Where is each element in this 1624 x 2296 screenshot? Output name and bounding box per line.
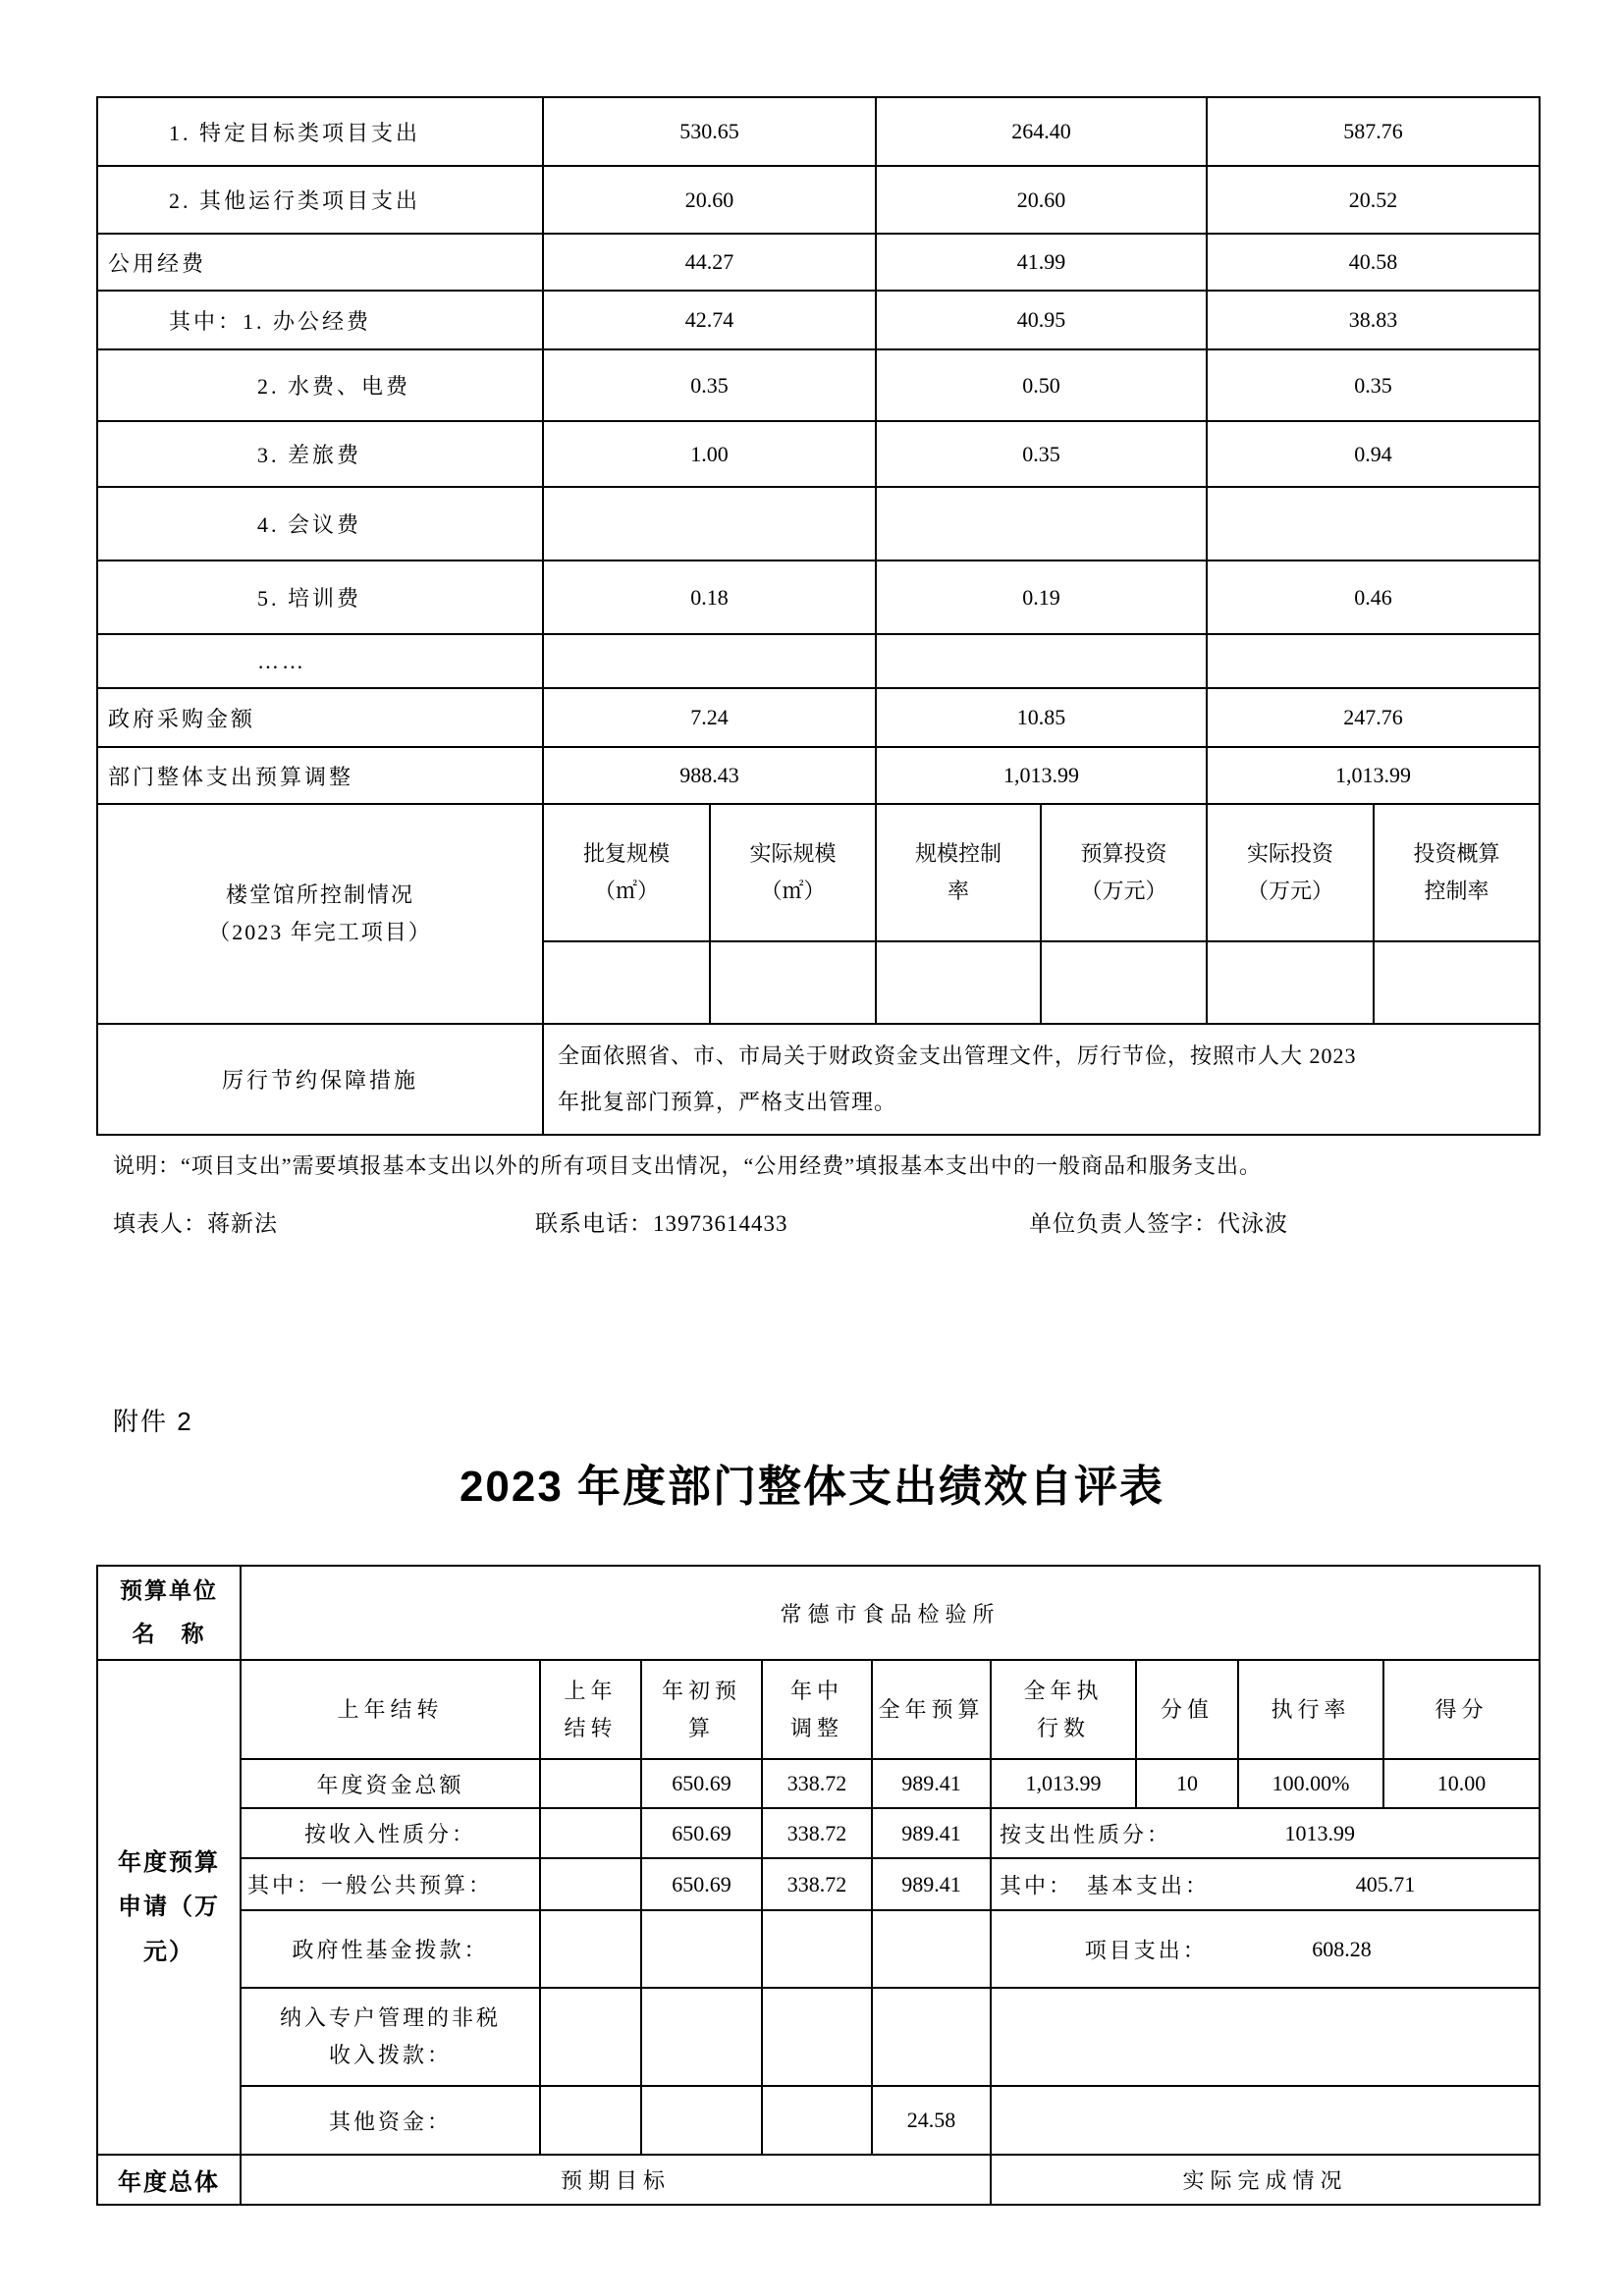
unit-name-value: 常德市食品检验所	[242, 1567, 1541, 1661]
building-value-cell	[1375, 942, 1541, 1025]
thrift-measures-label: 厉行节约保障措施	[98, 1025, 544, 1136]
building-header-budget-invest: 预算投资 （万元）	[1042, 805, 1208, 942]
t2-cell: 10.00	[1384, 1760, 1541, 1809]
t2-row-label: 政府性基金拨款：	[242, 1911, 541, 1989]
header-exec-rate: 执行率	[1239, 1661, 1384, 1760]
t2-cell	[541, 1809, 642, 1859]
t2-cell: 989.41	[873, 1809, 992, 1859]
header-mid-adjust: 年中 调整	[763, 1661, 873, 1760]
project-expenditure-value: 608.28	[1312, 1937, 1372, 1962]
t1-cell	[544, 488, 877, 561]
t2-row-label: 其中：一般公共预算：	[242, 1859, 541, 1911]
t1-cell: 41.99	[877, 235, 1208, 292]
t2-cell	[873, 1911, 992, 1989]
table-note: 说明：“项目支出”需要填报基本支出以外的所有项目支出情况，“公用经费”填报基本支…	[113, 1149, 1262, 1180]
t1-cell: 40.95	[877, 292, 1208, 350]
t2-cell	[763, 1911, 873, 1989]
attachment-label: 附件 2	[113, 1402, 193, 1438]
t2-cell: 100.00%	[1239, 1760, 1384, 1809]
t1-cell	[877, 488, 1208, 561]
t1-cell: 1,013.99	[877, 748, 1208, 805]
t1-cell: 587.76	[1208, 98, 1541, 167]
t2-cell	[541, 1911, 642, 1989]
header-annual-executed: 全年执 行数	[992, 1661, 1137, 1760]
thrift-measures-content: 全面依照省、市、市局关于财政资金支出管理文件，厉行节俭，按照市人大 2023 年…	[544, 1025, 1541, 1136]
annual-budget-group-label: 年度预算 申请（万 元）	[98, 1661, 242, 2156]
t2-cell	[541, 1760, 642, 1809]
t2-cell	[541, 2087, 642, 2156]
by-expense-nature-label: 按支出性质分：	[1000, 1818, 1171, 1848]
header-score: 得分	[1384, 1661, 1541, 1760]
t1-cell: 44.27	[544, 235, 877, 292]
building-value-cell	[544, 942, 711, 1025]
building-header-approved-area: 批复规模 （㎡）	[544, 805, 711, 942]
header-initial-budget: 年初预 算	[642, 1661, 763, 1760]
t2-cell: 989.41	[873, 1859, 992, 1911]
t1-row-label: 1. 特定目标类项目支出	[98, 98, 544, 167]
t2-merged-cell	[992, 1989, 1541, 2087]
t1-cell: 0.19	[877, 561, 1208, 635]
project-expenditure-label: 项目支出：	[1085, 1934, 1208, 1964]
t2-merged-cell: 其中： 基本支出： 405.71	[992, 1859, 1541, 1911]
t1-cell: 0.35	[544, 350, 877, 422]
t1-cell: 38.83	[1208, 292, 1541, 350]
t1-cell: 0.35	[1208, 350, 1541, 422]
t2-cell: 650.69	[642, 1809, 763, 1859]
building-header-actual-invest: 实际投资 （万元）	[1208, 805, 1375, 942]
contact-phone-label: 联系电话：13973614433	[535, 1205, 788, 1238]
t2-cell: 989.41	[873, 1760, 992, 1809]
t1-cell: 10.85	[877, 689, 1208, 748]
t1-cell: 1.00	[544, 422, 877, 488]
self-evaluation-table: 预算单位 名 称 常德市食品检验所 年度预算 申请（万 元） 上年结转 上年 结…	[96, 1565, 1541, 2206]
t1-row-label: 其中：1. 办公经费	[98, 292, 544, 350]
unit-name-label: 预算单位 名 称	[98, 1567, 242, 1661]
t2-cell: 24.58	[873, 2087, 992, 2156]
t1-cell: 0.35	[877, 422, 1208, 488]
signer-label: 单位负责人签字：代泳波	[1029, 1205, 1288, 1238]
t2-cell	[642, 2087, 763, 2156]
t2-cell	[763, 1989, 873, 2087]
building-value-cell	[1208, 942, 1375, 1025]
t1-cell: 42.74	[544, 292, 877, 350]
t1-cell	[1208, 488, 1541, 561]
building-header-actual-area: 实际规模 （㎡）	[711, 805, 877, 942]
t2-cell: 1,013.99	[992, 1760, 1137, 1809]
t1-cell: 0.94	[1208, 422, 1541, 488]
t1-row-label: 3. 差旅费	[98, 422, 544, 488]
t2-cell: 650.69	[642, 1859, 763, 1911]
t1-row-label: 2. 水费、电费	[98, 350, 544, 422]
t2-cell: 338.72	[763, 1760, 873, 1809]
t1-row-label: 2. 其他运行类项目支出	[98, 167, 544, 235]
t2-cell: 338.72	[763, 1859, 873, 1911]
t1-cell	[877, 635, 1208, 689]
t2-row-label: 纳入专户管理的非税 收入拨款：	[242, 1989, 541, 2087]
t1-cell: 530.65	[544, 98, 877, 167]
t2-cell	[763, 2087, 873, 2156]
building-header-scale-control: 规模控制 率	[877, 805, 1042, 942]
building-value-cell	[1042, 942, 1208, 1025]
t1-cell	[1208, 635, 1541, 689]
t1-cell: 7.24	[544, 689, 877, 748]
t1-cell: 20.60	[544, 167, 877, 235]
building-value-cell	[877, 942, 1042, 1025]
header-annual-budget: 全年预算	[873, 1661, 992, 1760]
t1-cell: 988.43	[544, 748, 877, 805]
t2-cell	[642, 1911, 763, 1989]
header-carryover: 上年 结转	[541, 1661, 642, 1760]
preparer-label: 填表人：蒋新法	[113, 1205, 278, 1238]
building-control-label: 楼堂馆所控制情况 （2023 年完工项目）	[98, 805, 544, 1025]
t2-merged-cell: 项目支出： 608.28	[992, 1911, 1541, 1989]
building-value-cell	[711, 942, 877, 1025]
header-carryover-wide: 上年结转	[242, 1661, 541, 1760]
page-title: 2023 年度部门整体支出绩效自评表	[0, 1451, 1624, 1514]
t2-row-label: 年度资金总额	[242, 1760, 541, 1809]
annual-overall-label: 年度总体	[98, 2156, 242, 2206]
t1-cell: 1,013.99	[1208, 748, 1541, 805]
actual-completion-label: 实际完成情况	[992, 2156, 1541, 2206]
by-expense-nature-value: 1013.99	[1284, 1821, 1355, 1846]
t2-cell: 10	[1137, 1760, 1239, 1809]
t2-row-label: 其他资金：	[242, 2087, 541, 2156]
t1-row-label: 政府采购金额	[98, 689, 544, 748]
expenditure-table: 1. 特定目标类项目支出 530.65 264.40 587.76 2. 其他运…	[96, 96, 1541, 1136]
t2-cell	[541, 1859, 642, 1911]
t1-row-label: ……	[98, 635, 544, 689]
t2-cell	[642, 1989, 763, 2087]
t2-cell: 650.69	[642, 1760, 763, 1809]
t1-row-label: 4. 会议费	[98, 488, 544, 561]
t2-cell: 338.72	[763, 1809, 873, 1859]
t1-row-label: 部门整体支出预算调整	[98, 748, 544, 805]
t2-merged-cell	[992, 2087, 1541, 2156]
building-header-invest-control: 投资概算 控制率	[1375, 805, 1541, 942]
header-weight: 分值	[1137, 1661, 1239, 1760]
t1-cell: 0.50	[877, 350, 1208, 422]
t1-cell: 264.40	[877, 98, 1208, 167]
t1-cell	[544, 635, 877, 689]
t2-row-label: 按收入性质分：	[242, 1809, 541, 1859]
t2-cell	[873, 1989, 992, 2087]
basic-expenditure-value: 405.71	[1356, 1872, 1416, 1897]
basic-expenditure-label: 其中： 基本支出：	[1000, 1869, 1210, 1899]
expected-goal-label: 预期目标	[242, 2156, 992, 2206]
t1-cell: 40.58	[1208, 235, 1541, 292]
t1-row-label: 公用经费	[98, 235, 544, 292]
t2-merged-cell: 按支出性质分： 1013.99	[992, 1809, 1541, 1859]
document-page: 1. 特定目标类项目支出 530.65 264.40 587.76 2. 其他运…	[0, 0, 1624, 2296]
t1-cell: 0.46	[1208, 561, 1541, 635]
t1-row-label: 5. 培训费	[98, 561, 544, 635]
t1-cell: 20.60	[877, 167, 1208, 235]
t1-cell: 247.76	[1208, 689, 1541, 748]
t1-cell: 20.52	[1208, 167, 1541, 235]
t2-cell	[541, 1989, 642, 2087]
t1-cell: 0.18	[544, 561, 877, 635]
